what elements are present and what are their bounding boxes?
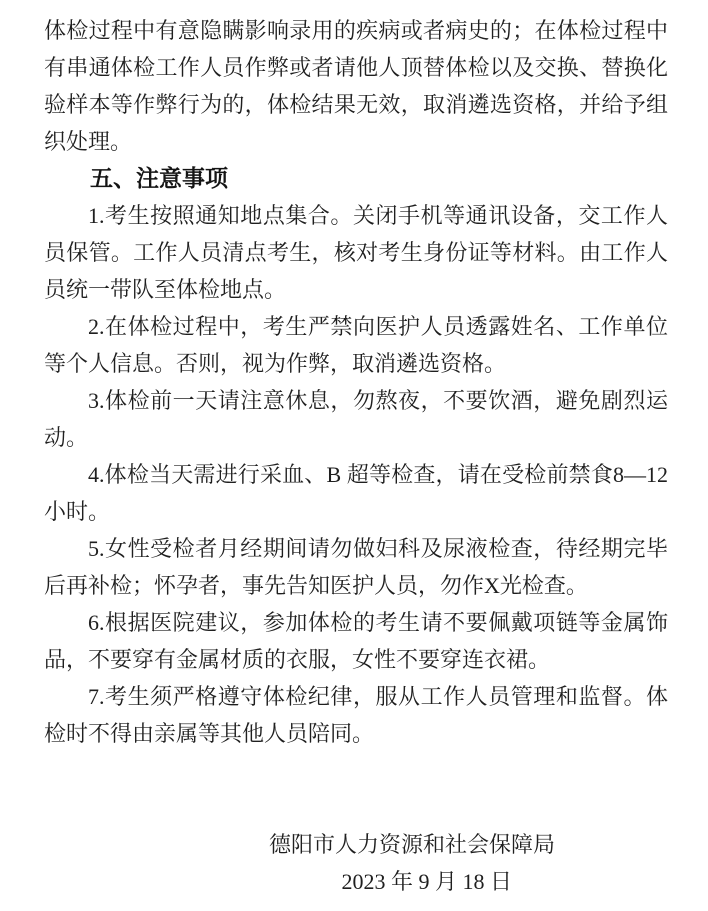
lead-paragraph: 体检过程中有意隐瞒影响录用的疾病或者病史的；在体检过程中有串通体检工作人员作弊或…	[44, 12, 668, 160]
notice-item-7: 7.考生须严格遵守体检纪律，服从工作人员管理和监督。体检时不得由亲属等其他人员陪…	[44, 678, 668, 752]
notice-item-6: 6.根据医院建议，参加体检的考生请不要佩戴项链等金属饰品，不要穿有金属材质的衣服…	[44, 604, 668, 678]
notice-item-5: 5.女性受检者月经期间请勿做妇科及尿液检查，待经期完毕后再补检；怀孕者，事先告知…	[44, 530, 668, 604]
signature-date: 2023 年 9 月 18 日	[44, 863, 668, 900]
notice-item-1: 1.考生按照通知地点集合。关闭手机等通讯设备，交工作人员保管。工作人员清点考生，…	[44, 197, 668, 308]
notice-item-3: 3.体检前一天请注意休息，勿熬夜，不要饮酒，避免剧烈运动。	[44, 382, 668, 456]
signature-block: 德阳市人力资源和社会保障局 2023 年 9 月 18 日	[44, 826, 668, 900]
notice-item-4: 4.体检当天需进行采血、B 超等检查，请在受检前禁食8—12小时。	[44, 456, 668, 530]
signature-organization: 德阳市人力资源和社会保障局	[44, 826, 668, 863]
document-page: 体检过程中有意隐瞒影响录用的疾病或者病史的；在体检过程中有串通体检工作人员作弊或…	[0, 0, 708, 911]
notice-item-2: 2.在体检过程中，考生严禁向医护人员透露姓名、工作单位等个人信息。否则，视为作弊…	[44, 308, 668, 382]
document-body: 体检过程中有意隐瞒影响录用的疾病或者病史的；在体检过程中有串通体检工作人员作弊或…	[0, 0, 708, 900]
section-heading-notes: 五、注意事项	[44, 160, 668, 197]
